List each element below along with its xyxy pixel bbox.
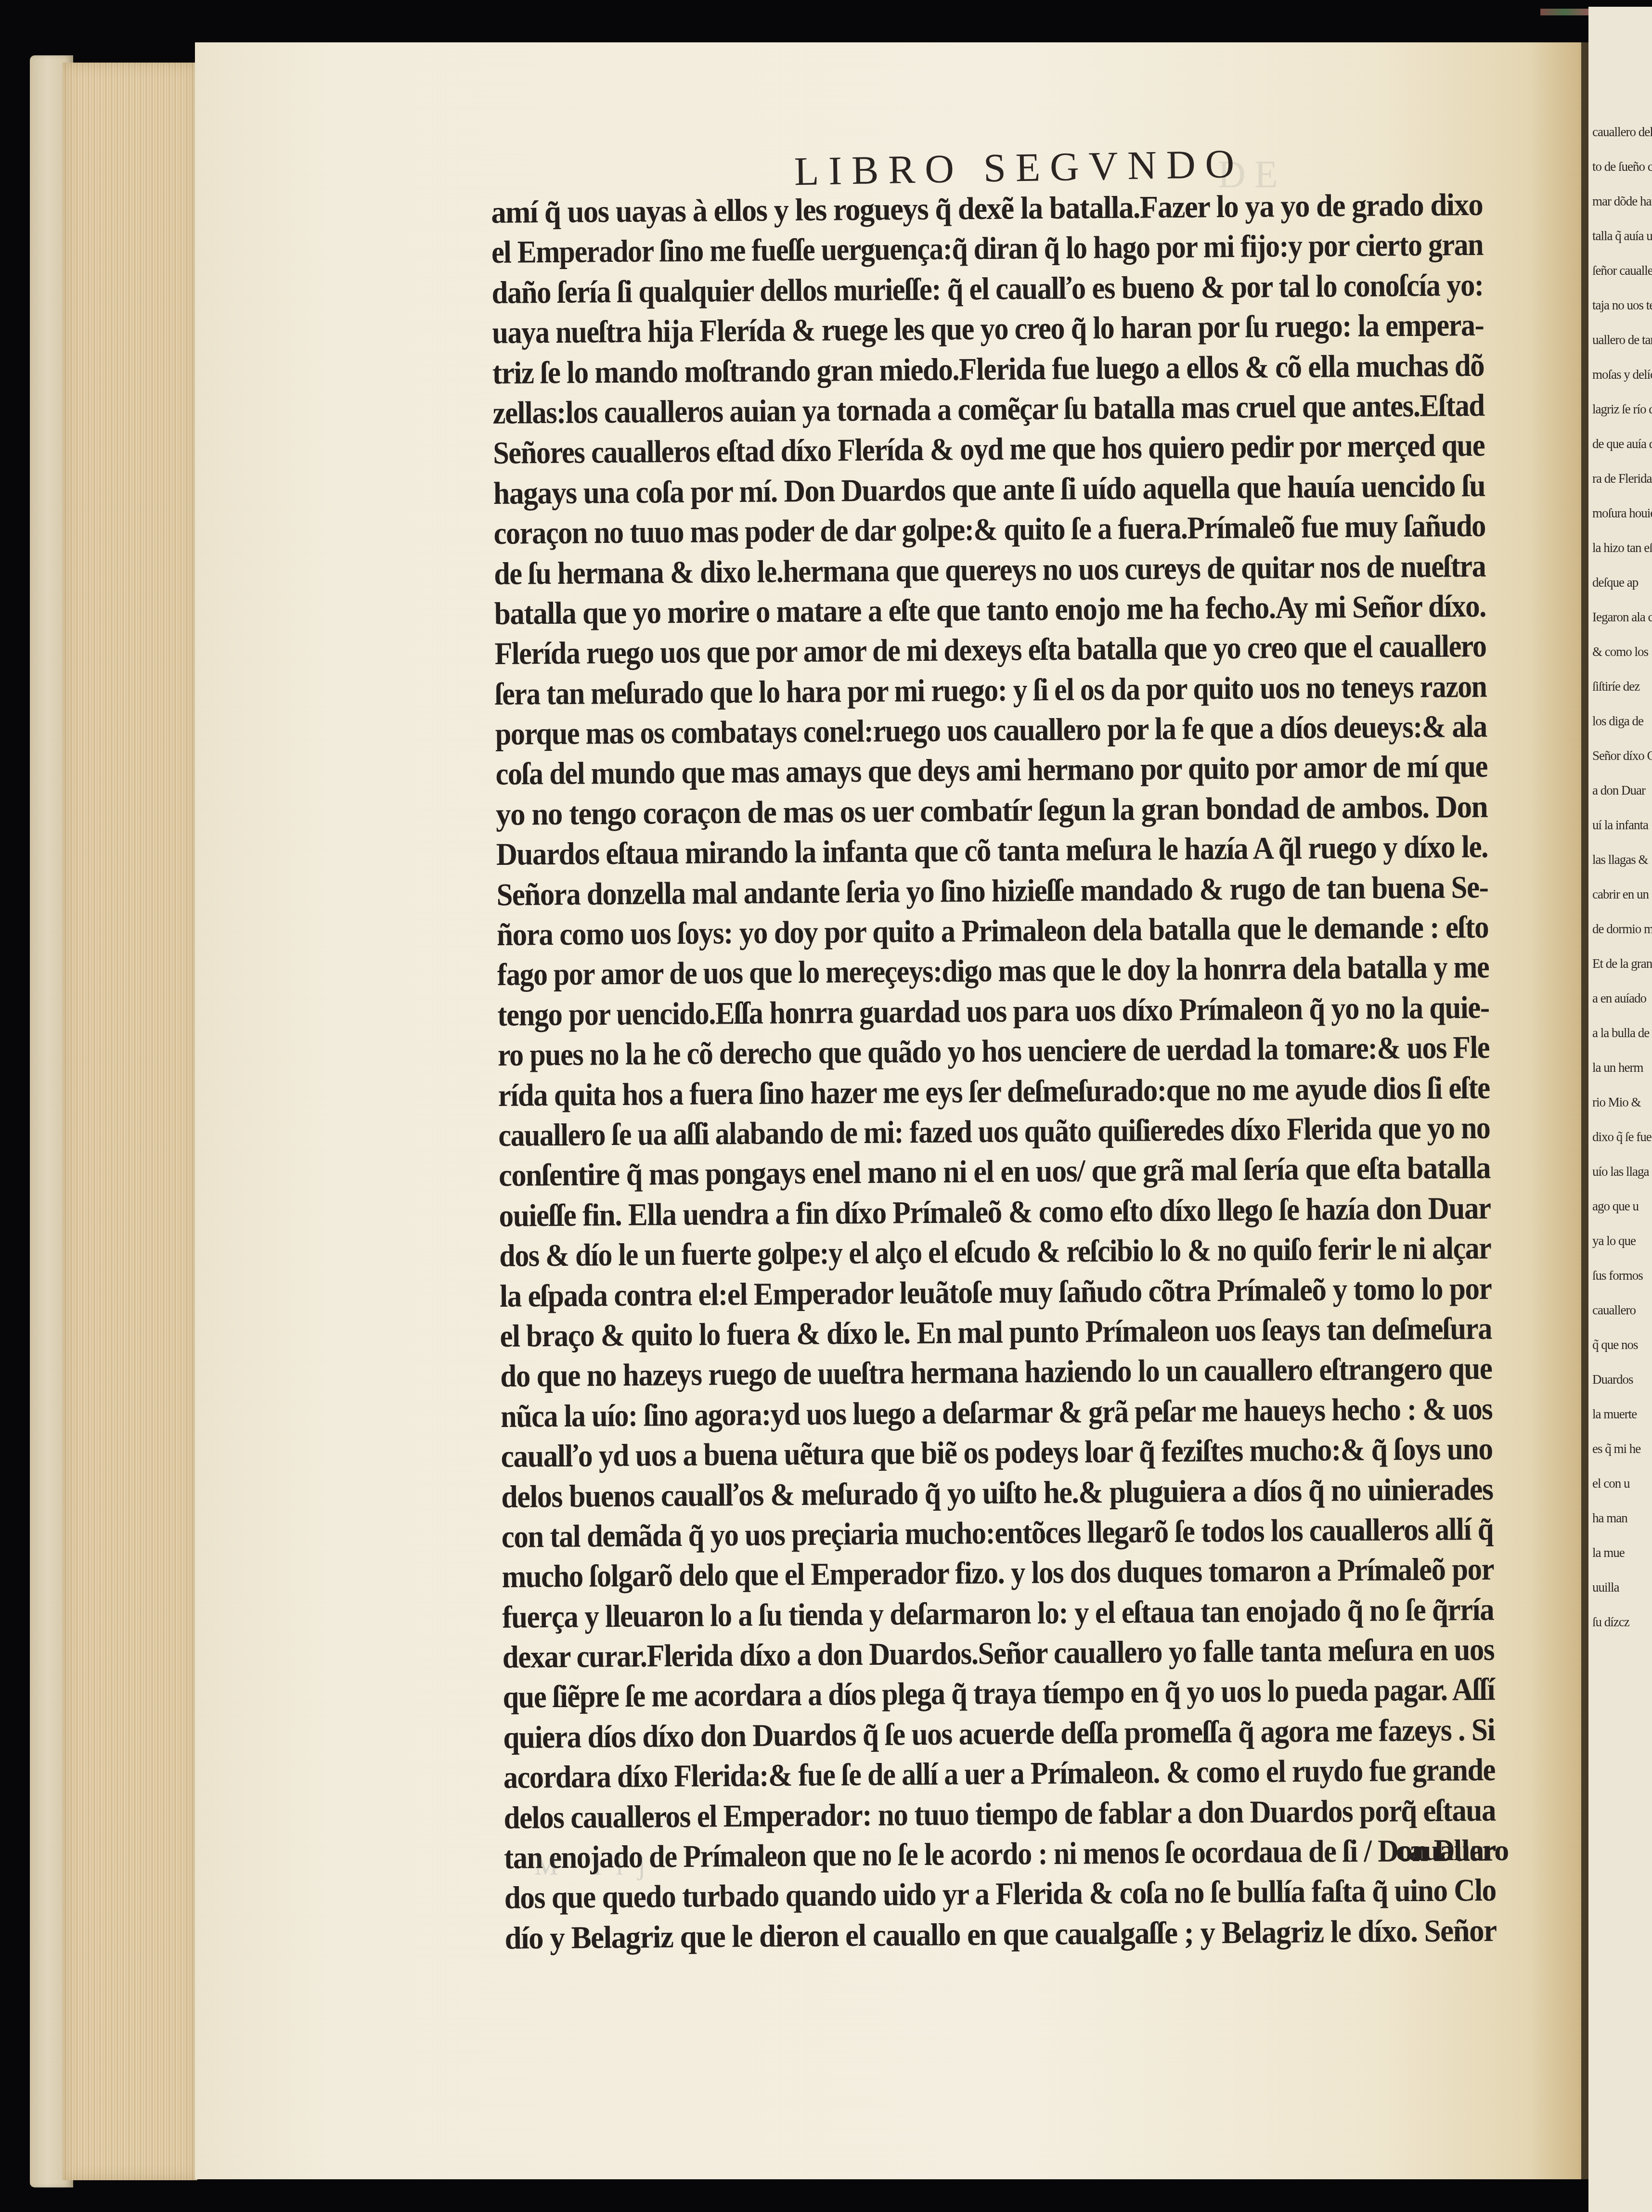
text-line: yo no tengo coraçon de mas os uer combat…: [496, 787, 1488, 835]
text-line: batalla que yo morire o matare a eſte qu…: [494, 586, 1486, 634]
facing-page-line: Et de la gran: [1592, 946, 1652, 981]
text-line: hagays una coſa por mí. Don Duardos que …: [493, 466, 1485, 514]
facing-page-line: uío las llaga: [1592, 1154, 1652, 1189]
text-line: coſa del mundo que mas amays que deys am…: [495, 746, 1487, 795]
text-line: do que no hazeys ruego de uueſtra herman…: [500, 1349, 1492, 1397]
facing-page-line: ya lo que: [1592, 1223, 1652, 1258]
facing-page-line: la mue: [1592, 1535, 1652, 1570]
facing-page-line: es q̃ mi he: [1592, 1431, 1652, 1466]
facing-page-line: ſu dízcz: [1592, 1605, 1652, 1639]
text-line: amí q̃ uos uayas à ellos y les rogueys q…: [491, 185, 1483, 233]
text-line: coraçon no tuuo mas poder de dar golpe:&…: [493, 506, 1485, 554]
text-line: porque mas os combatays conel:ruego uos …: [495, 707, 1487, 755]
facing-page-line: moſas y delíca: [1592, 357, 1652, 392]
facing-page-line: de dormio muy: [1592, 912, 1652, 946]
text-line: zellas:los caualleros auian ya tornada a…: [492, 386, 1484, 434]
facing-page-line: cauallero del C: [1592, 115, 1652, 149]
facing-page-line: de que auía de: [1592, 426, 1652, 461]
text-line: Señores caualleros eſtad díxo Flerída & …: [493, 425, 1485, 474]
text-line: tengo por uencido.Eſſa honrra guardad uo…: [497, 988, 1489, 1036]
facing-page-line: cabrir en un: [1592, 877, 1652, 912]
facing-page-line: ha man: [1592, 1501, 1652, 1535]
text-line: ouieſſe fin. Ella uendra a fin díxo Prím…: [499, 1188, 1491, 1236]
text-line: daño ſería ſi qualquier dellos murieſſe:…: [491, 265, 1484, 313]
text-line: mucho ſolgarõ delo que el Emperador fizo…: [502, 1549, 1494, 1597]
facing-page-line: cauallero: [1592, 1293, 1652, 1327]
facing-page-line: Señor díxo C: [1592, 738, 1652, 773]
text-line: de ſu hermana & dixo le.hermana que quer…: [494, 546, 1486, 594]
facing-page-line: rio Mio &: [1592, 1085, 1652, 1119]
facing-page-line: ſeñor cauallero: [1592, 253, 1652, 288]
text-line: quiera díos díxo don Duardos q̃ ſe uos a…: [503, 1710, 1495, 1758]
text-line: uaya nueſtra hija Flerída & ruege les qu…: [492, 305, 1484, 353]
facing-page-line: dixo q̃ ſe fue: [1592, 1119, 1652, 1154]
text-line: fago por amor de uos que lo mereçeys:dig…: [497, 947, 1489, 995]
facing-page-line: ra de Flerida c: [1592, 461, 1652, 496]
facing-page-line: lagriz ſe río de: [1592, 392, 1652, 426]
facing-page-line: la hizo tan eſt: [1592, 530, 1652, 565]
text-line: con tal demãda q̃ yo uos preçiaria mucho…: [502, 1509, 1494, 1557]
facing-page-line: mar dõde haui: [1592, 184, 1652, 219]
facing-page-line: uallero de tan: [1592, 322, 1652, 357]
text-line: triz ſe lo mando moſtrando gran miedo.Fl…: [492, 345, 1484, 393]
facing-page-text: cauallero del Cto de ſueño camar dõde ha…: [1592, 115, 1652, 1639]
text-line: Duardos eſtaua mirando la infanta que cõ…: [496, 827, 1488, 875]
text-line: la eſpada contra el:el Emperador leuãtoſ…: [500, 1268, 1492, 1316]
facing-page-line: deſque ap: [1592, 565, 1652, 600]
facing-page-line: el con u: [1592, 1466, 1652, 1501]
page-fore-edge: [63, 63, 197, 2180]
text-line: ñora como uos ſoys: yo doy por quito a P…: [497, 907, 1489, 955]
catchword: cauallero: [1396, 1834, 1509, 1868]
text-line: fuerça y lleuaron lo a ſu tienda y deſar…: [502, 1589, 1494, 1637]
facing-page-line: los diga de: [1592, 704, 1652, 738]
facing-page-line: taja no uos ter: [1592, 288, 1652, 322]
headband: [1540, 9, 1588, 15]
text-line: delos caualleros el Emperador: no tuuo t…: [503, 1790, 1496, 1838]
text-line: cauallero ſe ua aſſi alabando de mi: faz…: [498, 1108, 1490, 1156]
text-line: el braço & quito lo fuera & díxo le. En …: [500, 1309, 1492, 1357]
text-line: dos & dío le un fuerte golpe:y el alço e…: [499, 1228, 1491, 1276]
text-line: rída quita hos a fuera ſino hazer me eys…: [498, 1067, 1490, 1116]
text-line: delos buenos caualľos & meſurado q̃ yo u…: [501, 1469, 1493, 1517]
text-line: que ſiẽpre ſe me acordara a díos plega q…: [503, 1670, 1495, 1718]
facing-page-line: a don Duar: [1592, 773, 1652, 808]
text-line: caualľo yd uos a buena uẽtura que biẽ os…: [501, 1429, 1493, 1477]
facing-page-line: Duardos: [1592, 1362, 1652, 1397]
facing-page-line: & como los: [1592, 634, 1652, 669]
facing-page-line: ſiſtiríe dez: [1592, 669, 1652, 704]
facing-page-line: uuilla: [1592, 1570, 1652, 1605]
facing-page-line: las llagas &: [1592, 842, 1652, 877]
text-line: acordara díxo Flerida:& fue ſe de allí a…: [503, 1750, 1496, 1798]
facing-page-line: a la bulla de: [1592, 1016, 1652, 1050]
text-line: Señora donzella mal andante ſeria yo ſin…: [496, 867, 1488, 915]
facing-page-line: la un herm: [1592, 1050, 1652, 1085]
facing-page-line: to de ſueño ca: [1592, 149, 1652, 184]
text-line: el Emperador ſino me fueſſe uerguença:q̃…: [491, 225, 1484, 273]
gutter-shadow: [1531, 42, 1598, 2179]
facing-page-line: a en auíado: [1592, 981, 1652, 1016]
facing-page-line: la muerte: [1592, 1397, 1652, 1431]
signature-mark: M iij: [534, 1851, 659, 1881]
facing-page-line: Iegaron ala c: [1592, 600, 1652, 634]
text-line: conſentire q̃ mas pongays enel mano ni e…: [499, 1148, 1491, 1196]
facing-page-line: moſura houie: [1592, 496, 1652, 530]
body-text: amí q̃ uos uayas à ellos y les rogueys q…: [491, 185, 1497, 1958]
facing-page-line: ago que u: [1592, 1189, 1652, 1223]
facing-page-line: q̃ que nos: [1592, 1327, 1652, 1362]
facing-page-line: ſus formos: [1592, 1258, 1652, 1293]
text-line: ro pues no la he cõ derecho que quãdo yo…: [498, 1028, 1490, 1076]
text-line: Flerída ruego uos que por amor de mi dex…: [494, 626, 1486, 674]
text-line: dexar curar.Flerida díxo a don Duardos.S…: [503, 1630, 1495, 1678]
text-line: nũca la uío: ſino agora:yd uos luego a d…: [501, 1389, 1493, 1437]
facing-page-line: uí la infanta: [1592, 808, 1652, 842]
text-line: ſera tan meſurado que lo hara por mi rue…: [495, 666, 1487, 714]
facing-page-line: talla q̃ auía uí: [1592, 219, 1652, 253]
text-line: dío y Belagriz que le dieron el cauallo …: [504, 1911, 1497, 1959]
